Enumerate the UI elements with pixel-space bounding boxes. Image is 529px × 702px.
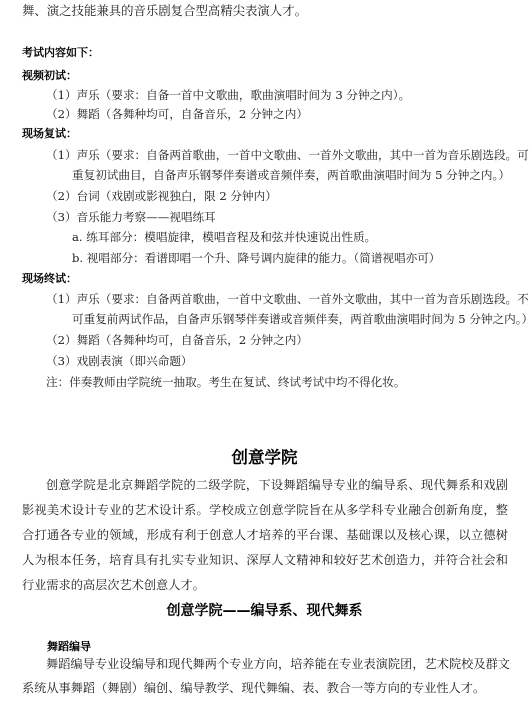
major-paragraph: 舞蹈编导专业设编导和现代舞两个专业方向，培养能在专业表演院团，艺术院校及群文系统… <box>22 652 510 700</box>
exam-heading: 考试内容如下： <box>22 46 99 60</box>
intro-tail-text: 舞、演之技能兼具的音乐剧复合型高精尖表演人才。 <box>22 4 307 18</box>
final-item-2: （2）舞蹈（各舞种均可，自备音乐，2 分钟之内） <box>46 333 308 347</box>
video-prelim-title: 视频初试： <box>22 69 77 83</box>
second-item-1-line-1: （1）声乐（要求：自备两首歌曲，一首中文歌曲、一首外文歌曲，其中一首为音乐剧选段… <box>46 148 529 162</box>
final-item-1-line-1: （1）声乐（要求：自备两首歌曲，一首中文歌曲、一首外文歌曲，其中一首为音乐剧选段… <box>46 292 529 306</box>
final-item-3: （3）戏剧表演（即兴命题） <box>46 354 193 368</box>
departments-title: 创意学院——编导系、现代舞系 <box>0 600 529 620</box>
prelim-item-1: （1）声乐（要求：自备一首中文歌曲，歌曲演唱时间为 3 分钟之内）。 <box>46 88 410 102</box>
onsite-final-title: 现场终试： <box>22 272 77 286</box>
creative-college-paragraph: 创意学院是北京舞蹈学院的二级学院，下设舞蹈编导专业的编导系、现代舞系和戏剧影视美… <box>22 473 508 598</box>
creative-college-title: 创意学院 <box>0 444 529 468</box>
second-item-1-line-2: 重复初试曲目，自备声乐钢琴伴奏谱或音频伴奏，两首歌曲演唱时间为 5 分钟之内。） <box>72 168 510 182</box>
second-sub-b: b. 视唱部分：看谱即唱一个升、降号调内旋律的能力。（简谱视唱亦可） <box>72 251 440 265</box>
prelim-item-2: （2）舞蹈（各舞种均可，自备音乐，2 分钟之内） <box>46 107 308 121</box>
final-item-1-line-2: 可重复前两试作品，自备声乐钢琴伴奏谱或音频伴奏，两首歌曲演唱时间为 5 分钟之内… <box>72 312 529 326</box>
second-item-2: （2）台词（戏剧或影视独白，限 2 分钟内） <box>46 189 277 203</box>
final-note: 注：伴奏教师由学院统一抽取。考生在复试、终试考试中均不得化妆。 <box>46 375 405 389</box>
second-item-3: （3）音乐能力考察——视唱练耳 <box>46 210 216 224</box>
onsite-second-title: 现场复试： <box>22 127 77 141</box>
second-sub-a: a. 练耳部分：模唱旋律，模唱音程及和弦并快速说出性质。 <box>72 230 376 244</box>
